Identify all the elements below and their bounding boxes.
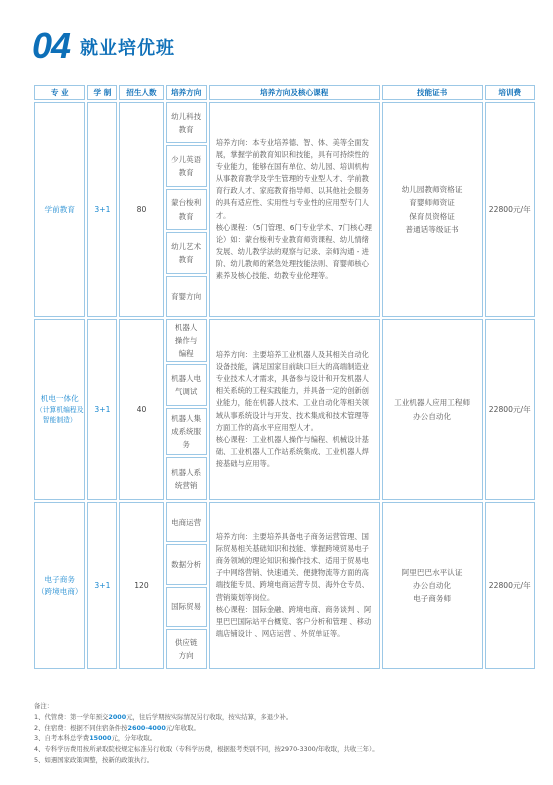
course-description-cell: 培养方向：主要培养工业机器人及其相关自动化设备技能，满足国家目前缺口巨大的高端制… xyxy=(209,319,380,500)
system-cell: 3+1 xyxy=(87,319,117,500)
col-header-certificates: 技能证书 xyxy=(382,85,483,100)
direction-item: 机器人集成系统服务 xyxy=(166,408,207,455)
enrollment-cell: 80 xyxy=(119,102,163,317)
note-highlight: 15000 xyxy=(89,734,111,742)
direction-item: 少儿英语教育 xyxy=(166,145,207,186)
direction-label: 电商运营 xyxy=(171,516,201,529)
direction-item: 国际贸易 xyxy=(166,587,207,627)
note-text: 元，往后学期按实际情况另行收取，按实结算，多退少补。 xyxy=(126,713,292,721)
major-name: 学前教育 xyxy=(45,205,75,214)
direction-cell: 电商运营 数据分析 国际贸易 供应链方向 xyxy=(166,502,207,669)
table-row: 机电一体化 （计算机编程及智能制造） 3+1 40 机器人操作与编程 机器人电气… xyxy=(34,319,535,500)
note-highlight: 2600-4000 xyxy=(128,724,166,732)
note-text: 元，分年收取。 xyxy=(111,734,156,742)
direction-label: 幼儿艺术教育 xyxy=(169,240,203,266)
note-text: 3、自考本科总学费 xyxy=(34,734,89,742)
note-text: 5、如遇国家政策调整，按新的政策执行。 xyxy=(34,756,153,764)
enrollment-cell: 40 xyxy=(119,319,163,500)
direction-item: 机器人系统营销 xyxy=(166,457,207,500)
certificate-item: 电子商务师 xyxy=(383,592,482,605)
fee-cell: 22800元/年 xyxy=(485,319,535,500)
page-title: 就业培优班 xyxy=(80,34,175,60)
fee-cell: 22800元/年 xyxy=(485,502,535,669)
direction-item: 幼儿艺术教育 xyxy=(166,232,207,273)
direction-item: 电商运营 xyxy=(166,502,207,542)
certificate-item: 育婴师师资证 xyxy=(383,196,482,209)
major-name: 电子商务 xyxy=(35,574,84,586)
major-cell: 学前教育 xyxy=(34,102,85,317)
direction-label: 育婴方向 xyxy=(171,290,201,303)
direction-item: 数据分析 xyxy=(166,544,207,584)
notes-section: 备注： 1、代管费：第一学年预交2000元，往后学期按实际情况另行收取，按实结算… xyxy=(34,701,379,766)
major-subtitle: （计算机编程及智能制造） xyxy=(35,405,84,425)
note-item: 1、代管费：第一学年预交2000元，往后学期按实际情况另行收取，按实结算，多退少… xyxy=(34,712,379,723)
note-text: 4、专科学历费用按所录取院校规定标准另行收取（专科学历费，根据报考类别不同，按2… xyxy=(34,745,379,753)
table-row: 电子商务 （跨境电商） 3+1 120 电商运营 数据分析 国际贸易 供应链方向… xyxy=(34,502,535,669)
note-item: 4、专科学历费用按所录取院校规定标准另行收取（专科学历费，根据报考类别不同，按2… xyxy=(34,744,379,755)
direction-item: 供应链方向 xyxy=(166,629,207,669)
page-header: 04 就业培优班 xyxy=(32,28,175,64)
certificate-item: 保育员资格证 xyxy=(383,210,482,223)
system-cell: 3+1 xyxy=(87,502,117,669)
certificates-cell: 幼儿园教师资格证 育婴师师资证 保育员资格证 普通话等级证书 xyxy=(382,102,483,317)
direction-label: 机器人操作与编程 xyxy=(173,321,199,360)
course-table: 专 业 学 制 招生人数 培养方向 培养方向及核心课程 技能证书 培训费 学前教… xyxy=(32,83,537,671)
section-number: 04 xyxy=(32,28,70,64)
note-item: 3、自考本科总学费15000元，分年收取。 xyxy=(34,733,379,744)
system-cell: 3+1 xyxy=(87,102,117,317)
major-name: 机电一体化 xyxy=(35,393,84,405)
note-highlight: 2000 xyxy=(108,713,126,721)
training-direction-text: 培养方向：主要培养工业机器人及其相关自动化设备技能，满足国家目前缺口巨大的高端制… xyxy=(216,349,373,434)
direction-cell: 机器人操作与编程 机器人电气调试 机器人集成系统服务 机器人系统营销 xyxy=(166,319,207,500)
direction-item: 机器人操作与编程 xyxy=(166,319,207,362)
core-courses-text: 核心课程：国际金融、跨境电商、商务谈判 、阿里巴巴国际站平台概览、客户分析和管理… xyxy=(216,604,373,640)
direction-item: 机器人电气调试 xyxy=(166,364,207,407)
certificate-item: 工业机器人应用工程师 xyxy=(383,396,482,409)
direction-label: 幼儿科技教育 xyxy=(169,110,203,136)
major-cell: 机电一体化 （计算机编程及智能制造） xyxy=(34,319,85,500)
note-item: 5、如遇国家政策调整，按新的政策执行。 xyxy=(34,755,379,766)
direction-label: 机器人电气调试 xyxy=(169,372,203,398)
certificate-item: 幼儿园教师资格证 xyxy=(383,183,482,196)
direction-label: 国际贸易 xyxy=(171,600,201,613)
direction-label: 少儿英语教育 xyxy=(169,153,203,179)
col-header-system: 学 制 xyxy=(87,85,117,100)
certificate-item: 阿里巴巴水平认证 xyxy=(383,566,482,579)
table-header-row: 专 业 学 制 招生人数 培养方向 培养方向及核心课程 技能证书 培训费 xyxy=(34,85,535,100)
note-text: 元/年收取。 xyxy=(166,724,200,732)
direction-item: 蒙台梭利教育 xyxy=(166,189,207,230)
certificate-item: 普通话等级证书 xyxy=(383,223,482,236)
col-header-direction: 培养方向 xyxy=(166,85,207,100)
certificate-item: 办公自动化 xyxy=(383,579,482,592)
col-header-courses: 培养方向及核心课程 xyxy=(209,85,380,100)
certificates-cell: 阿里巴巴水平认证 办公自动化 电子商务师 xyxy=(382,502,483,669)
training-direction-text: 培养方向：本专业培养德、智、体、美等全面发展，掌握学前教育知识和技能，具有可持续… xyxy=(216,137,373,222)
direction-label: 机器人系统营销 xyxy=(169,466,203,492)
major-subtitle: （跨境电商） xyxy=(35,586,84,598)
note-item: 2、住宿费：根据不同住宿条件按2600-4000元/年收取。 xyxy=(34,723,379,734)
notes-title: 备注： xyxy=(34,701,379,712)
col-header-major: 专 业 xyxy=(34,85,85,100)
course-description-cell: 培养方向：本专业培养德、智、体、美等全面发展，掌握学前教育知识和技能，具有可持续… xyxy=(209,102,380,317)
direction-item: 幼儿科技教育 xyxy=(166,102,207,143)
course-description-cell: 培养方向：主要培养具备电子商务运营管理、国际贸易相关基础知识和技能、掌握跨境贸易… xyxy=(209,502,380,669)
fee-cell: 22800元/年 xyxy=(485,102,535,317)
enrollment-cell: 120 xyxy=(119,502,163,669)
direction-label: 供应链方向 xyxy=(173,636,199,662)
direction-cell: 幼儿科技教育 少儿英语教育 蒙台梭利教育 幼儿艺术教育 育婴方向 xyxy=(166,102,207,317)
direction-item: 育婴方向 xyxy=(166,276,207,317)
major-cell: 电子商务 （跨境电商） xyxy=(34,502,85,669)
col-header-enrollment: 招生人数 xyxy=(119,85,163,100)
core-courses-text: 核心课程：（5门管理、6门专业学术、7门核心理论）如：蒙台梭利专业教育师资课程、… xyxy=(216,222,373,283)
note-text: 2、住宿费：根据不同住宿条件按 xyxy=(34,724,128,732)
certificates-cell: 工业机器人应用工程师 办公自动化 xyxy=(382,319,483,500)
table-row: 学前教育 3+1 80 幼儿科技教育 少儿英语教育 蒙台梭利教育 幼儿艺术教育 … xyxy=(34,102,535,317)
core-courses-text: 核心课程：工业机器人操作与编程、机械设计基础、工业机器人工作站系统集成、工业机器… xyxy=(216,434,373,470)
note-text: 1、代管费：第一学年预交 xyxy=(34,713,108,721)
direction-label: 蒙台梭利教育 xyxy=(169,196,203,222)
direction-label: 机器人集成系统服务 xyxy=(169,412,203,451)
certificate-item: 办公自动化 xyxy=(383,410,482,423)
direction-label: 数据分析 xyxy=(171,558,201,571)
training-direction-text: 培养方向：主要培养具备电子商务运营管理、国际贸易相关基础知识和技能、掌握跨境贸易… xyxy=(216,531,373,604)
col-header-fee: 培训费 xyxy=(485,85,535,100)
